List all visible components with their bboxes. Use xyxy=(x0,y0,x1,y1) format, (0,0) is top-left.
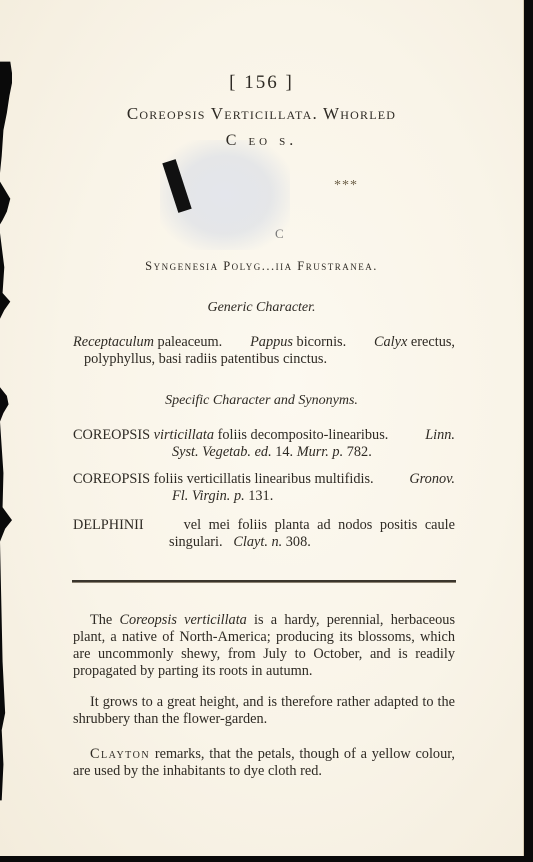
term-pappus: Pappus xyxy=(250,334,293,350)
synonym-ref: Linn. xyxy=(425,427,455,444)
synonym-genus: COREOPSIS xyxy=(73,471,150,487)
synonym-ref-page: 782. xyxy=(343,444,372,460)
synonym-desc: vel mei foliis planta ad nodos positis c… xyxy=(184,517,455,534)
synonym-ref-edition: 14. xyxy=(272,444,297,460)
description-paragraph-2: It grows to a great height, and is there… xyxy=(73,694,455,728)
book-page: [ 156 ] Coreopsis Verticillata. Whorled … xyxy=(0,0,524,856)
synonym-desc: foliis decomposito-linearibus. xyxy=(214,427,388,443)
synonym-ref-line: Syst. Vegetab. ed. xyxy=(172,444,272,460)
synonym-desc: foliis verticillatis linearibus multifid… xyxy=(150,471,374,487)
desc-pappus: bicornis. xyxy=(293,334,346,350)
p1-species-name: Coreopsis verticillata xyxy=(119,612,246,628)
synonym-ref-page: 131. xyxy=(245,488,274,504)
synonym-ref-murr: Murr. p. xyxy=(297,444,343,460)
term-calyx: Calyx xyxy=(374,334,407,350)
ornament-stars: *** xyxy=(334,178,358,194)
synonym-ref: Clayt. n. xyxy=(233,534,282,550)
damaged-fragment: C xyxy=(275,226,284,242)
synonym-species: virticillata xyxy=(154,427,214,443)
synonym-entry: COREOPSIS foliis verticillatis linearibu… xyxy=(73,471,455,505)
term-receptaculum: Receptaculum xyxy=(73,334,154,350)
p1-start: The xyxy=(90,612,119,628)
synonym-ref-line: Fl. Virgin. p. xyxy=(172,488,245,504)
linnaean-classification: Syngenesia Polyg...iia Frustranea. xyxy=(0,259,523,274)
plant-title: Coreopsis Verticillata. Whorled xyxy=(0,104,523,124)
specific-character-heading: Specific Character and Synonyms. xyxy=(0,393,523,409)
page-number: [ 156 ] xyxy=(0,72,523,94)
plant-title-line2: C eo s. xyxy=(0,132,523,150)
synonym-ref: Gronov. xyxy=(409,471,455,488)
description-paragraph-3: Clayton remarks, that the petals, though… xyxy=(73,746,455,780)
synonym-entry: DELPHINII vel mei foliis planta ad nodos… xyxy=(73,517,455,551)
description-paragraph-1: The Coreopsis verticillata is a hardy, p… xyxy=(73,612,455,680)
generic-character-text: Receptaculum paleaceum. Pappus bicornis.… xyxy=(73,334,455,368)
synonym-entry: COREOPSIS virticillata foliis decomposit… xyxy=(73,427,455,461)
synonym-genus: DELPHINII xyxy=(73,517,144,534)
synonym-continuation: singulari. xyxy=(169,534,223,550)
generic-line2: polyphyllus, basi radiis patentibus cinc… xyxy=(73,351,455,368)
p3-author: Clayton xyxy=(90,746,150,762)
desc-receptaculum: paleaceum. xyxy=(154,334,222,350)
synonym-genus: COREOPSIS xyxy=(73,427,150,443)
p2-text: It grows to a great height, and is there… xyxy=(73,694,455,727)
synonym-ref-page: 308. xyxy=(282,534,311,550)
desc-calyx: erectus, xyxy=(407,334,455,350)
section-divider-rule xyxy=(72,580,456,583)
generic-character-heading: Generic Character. xyxy=(0,300,523,316)
torn-left-edge xyxy=(0,0,12,862)
